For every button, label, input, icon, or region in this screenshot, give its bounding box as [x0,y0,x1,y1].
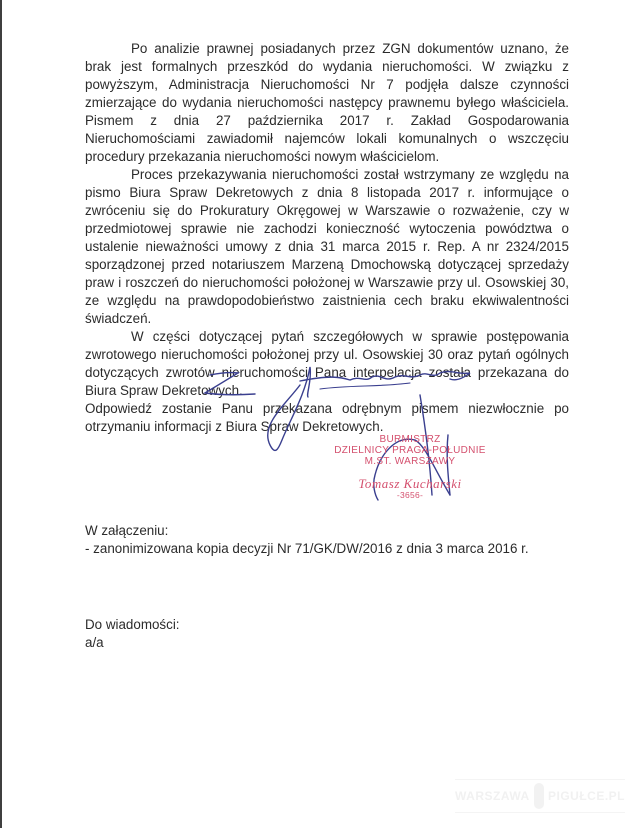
paragraph-1: Po analizie prawnej posiadanych przez ZG… [85,40,569,166]
recipient-item: a/a [85,634,180,652]
watermark-right-text: PIGUŁCE.PL [548,789,625,803]
attachments-section: W załączeniu: - zanonimizowana kopia dec… [85,522,529,558]
attachment-item: - zanonimizowana kopia decyzji Nr 71/GK/… [85,540,529,558]
stamp-title: BURMISTRZ [330,434,490,445]
recipients-heading: Do wiadomości: [85,616,180,634]
watermark-left-text: WARSZAWA [455,789,530,803]
recipients-section: Do wiadomości: a/a [85,616,180,652]
page-left-border [0,0,2,828]
watermark-logo-icon [534,783,544,809]
stamp-district: DZIELNICY PRAGA-POŁUDNIE [330,445,490,456]
watermark: WARSZAWA PIGUŁCE.PL [455,779,625,813]
official-stamp: BURMISTRZ DZIELNICY PRAGA-POŁUDNIE M.ST.… [330,434,490,500]
stamp-city: M.ST. WARSZAWY [330,456,490,467]
stamp-number: -3656- [330,491,490,500]
attachments-heading: W załączeniu: [85,522,529,540]
stamp-name: Tomasz Kucharski [330,477,490,491]
paragraph-2: Proces przekazywania nieruchomości zosta… [85,166,569,328]
